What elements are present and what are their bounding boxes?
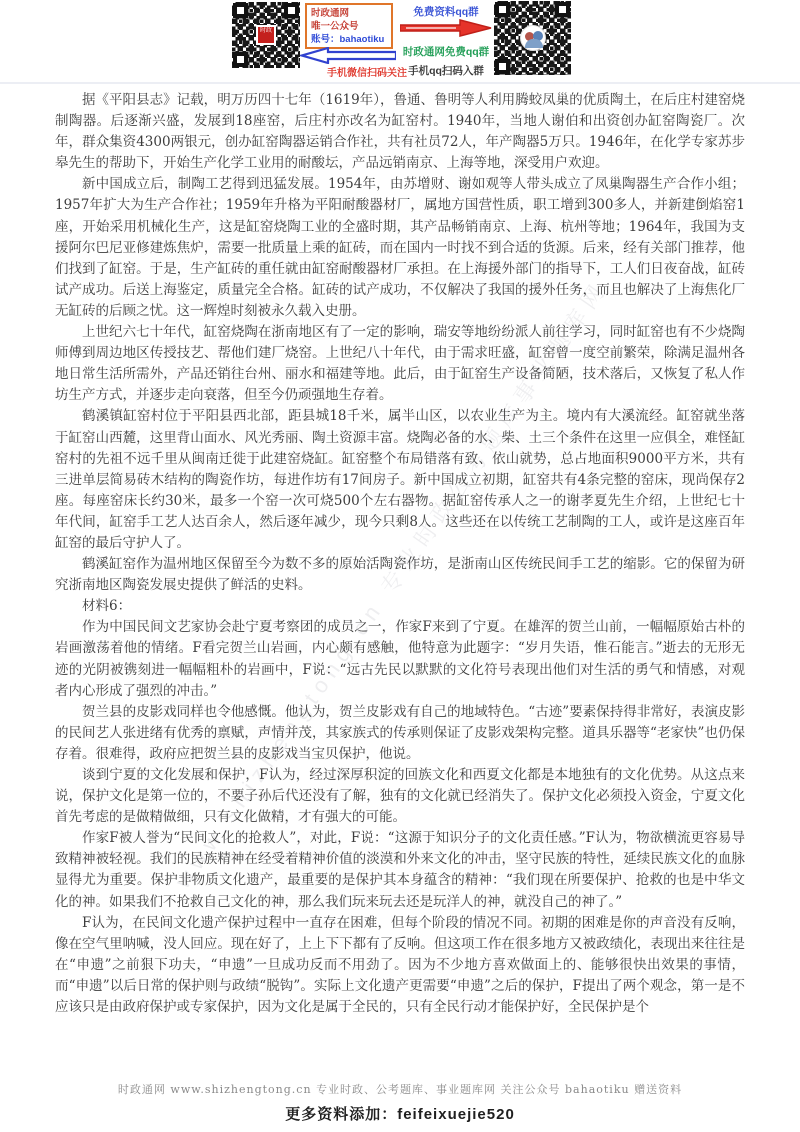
qq-group-column: 免费资料qq群 时政通网免费qq群 手机qq扫码入群 bbox=[398, 4, 494, 78]
paragraph: 据《平阳县志》记载，明万历四十七年（1619年），鲁通、鲁明等人利用腾蛟凤巢的优… bbox=[55, 90, 745, 174]
paragraph: 作家F被人誉为“民间文化的抢救人”，对此，F说：“这源于知识分子的文化责任感。”… bbox=[55, 828, 745, 912]
paragraph: F认为，在民间文化遗产保护过程中一直存在困难，但每个阶段的情况不同。初期的困难是… bbox=[55, 913, 745, 1018]
left-arrow-icon bbox=[300, 47, 396, 64]
account-info-box: 时政通网 唯一公众号 账号：bahaotiku bbox=[305, 3, 393, 49]
qr-finder-icon bbox=[233, 3, 248, 18]
free-material-qq-label: 免费资料qq群 bbox=[398, 4, 494, 19]
qr-finder-icon bbox=[495, 2, 510, 17]
paragraph: 上世纪六七十年代，缸窑烧陶在浙南地区有了一定的影响，瑞安等地纷纷派人前往学习，同… bbox=[55, 322, 745, 406]
official-account-label: 唯一公众号 bbox=[311, 20, 387, 33]
paragraph: 作为中国民间文艺家协会赴宁夏考察团的成员之一，作家F来到了宁夏。在雄浑的贺兰山前… bbox=[55, 617, 745, 701]
paragraph: 鹤溪缸窑作为温州地区保留至今为数不多的原始活陶瓷作坊，是浙南山区传统民间手工艺的… bbox=[55, 554, 745, 596]
qq-scan-caption: 手机qq扫码入群 bbox=[398, 63, 494, 78]
shizhengtong-logo: 时政 bbox=[256, 25, 276, 45]
qq-group-name-label: 时政通网免费qq群 bbox=[398, 44, 494, 59]
account-id-label: 账号：bahaotiku bbox=[311, 33, 387, 46]
paragraph: 谈到宁夏的文化发展和保护，F认为，经过深厚积淀的回族文化和西夏文化都是本地独有的… bbox=[55, 765, 745, 828]
promo-header: 时政 时政通网 唯一公众号 账号：bahaotiku 手机微信扫码关注 免费资料… bbox=[0, 0, 800, 84]
paragraph: 贺兰县的皮影戏同样也令他感慨。他认为，贺兰皮影戏有自己的地域特色。“古迹”要素保… bbox=[55, 702, 745, 765]
footer-contact-info: 更多资料添加：feifeixuejie520 bbox=[0, 1103, 800, 1124]
site-name-label: 时政通网 bbox=[311, 7, 387, 20]
qr-finder-icon bbox=[233, 52, 248, 67]
wechat-qr-code: 时政 bbox=[232, 2, 300, 68]
paragraph: 新中国成立后，制陶工艺得到迅猛发展。1954年，由苏增财、谢如观等人带头成立了凤… bbox=[55, 174, 745, 322]
qr-finder-icon bbox=[495, 59, 510, 74]
footer-site-info: 时政通网 www.shizhengtong.cn 专业时政、公考题库、事业题库网… bbox=[0, 1081, 800, 1097]
qq-qr-code bbox=[494, 1, 571, 75]
paragraph: 鹤溪镇缸窑村位于平阳县西北部，距县城18千米，属半山区，以农业生产为主。境内有大… bbox=[55, 406, 745, 554]
qr-finder-icon bbox=[284, 3, 299, 18]
article-body: 据《平阳县志》记载，明万历四十七年（1619年），鲁通、鲁明等人利用腾蛟凤巢的优… bbox=[55, 90, 745, 1018]
qr-finder-icon bbox=[555, 2, 570, 17]
avatar bbox=[520, 25, 546, 51]
right-arrow-icon bbox=[400, 19, 492, 37]
page-footer: 时政通网 www.shizhengtong.cn 专业时政、公考题库、事业题库网… bbox=[0, 1081, 800, 1124]
document-page: 时政 时政通网 唯一公众号 账号：bahaotiku 手机微信扫码关注 免费资料… bbox=[0, 0, 800, 1132]
paragraph: 材料6： bbox=[55, 596, 745, 617]
